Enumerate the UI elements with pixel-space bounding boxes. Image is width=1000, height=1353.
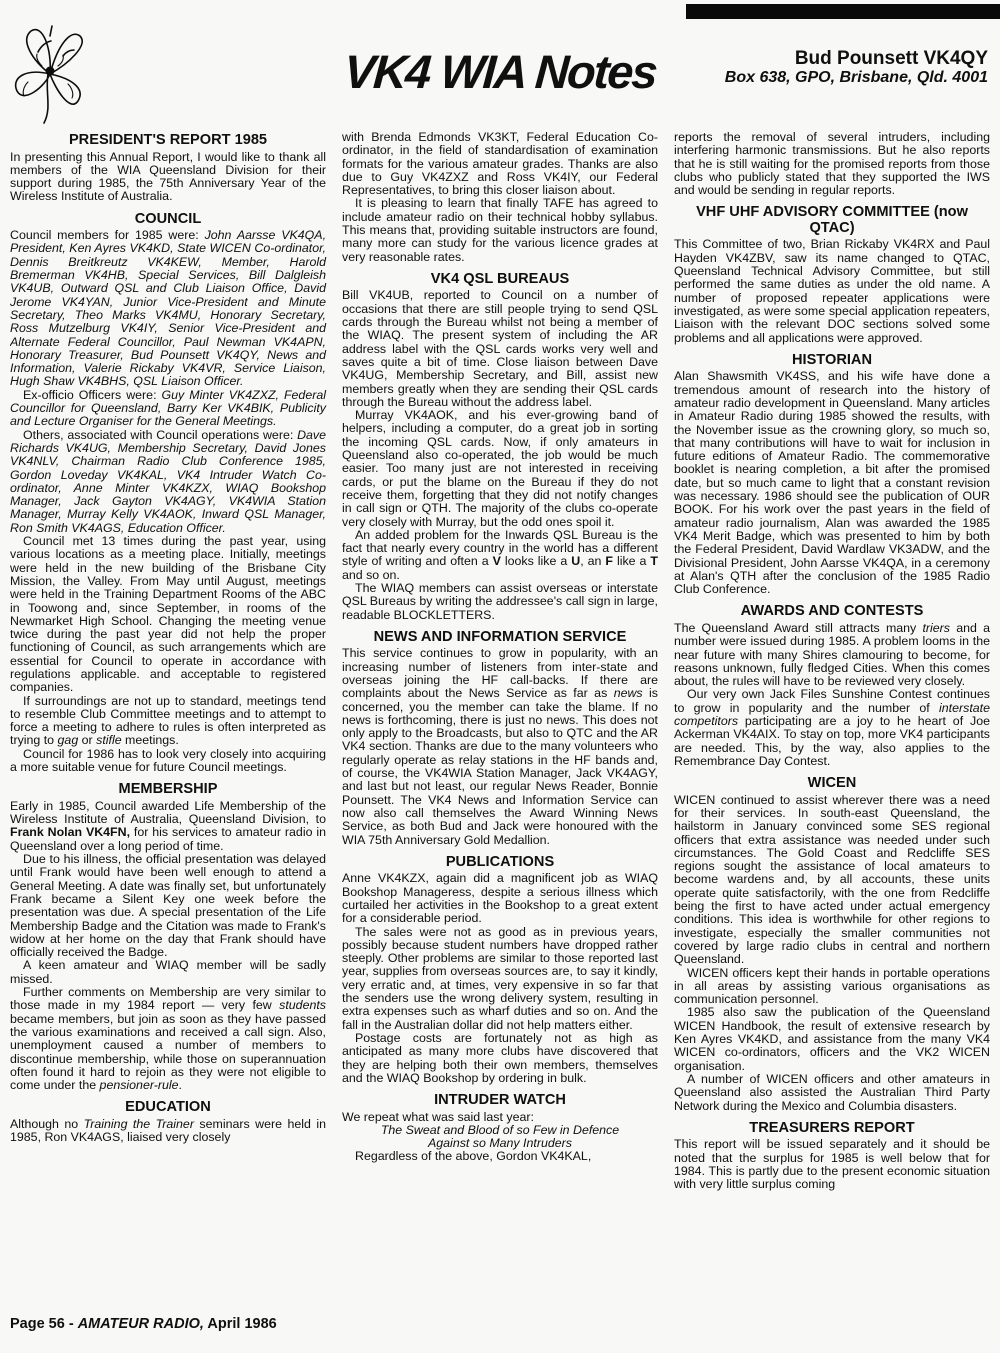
text-segment: looks like a — [501, 554, 571, 568]
paragraph: Further comments on Membership are very … — [10, 986, 326, 1092]
text-segment: Frank Nolan VK4FN, — [10, 825, 130, 839]
column-3: reports the removal of several intruders… — [674, 131, 990, 1303]
text-segment: gag — [58, 733, 79, 747]
section-heading: NEWS AND INFORMATION SERVICE — [342, 630, 658, 646]
paragraph: WICEN continued to assist wherever there… — [674, 794, 990, 967]
text-segment: students — [279, 998, 326, 1012]
text-segment: F — [605, 554, 613, 568]
text-segment: or — [78, 733, 96, 747]
paragraph: If surroundings are not up to standard, … — [10, 695, 326, 748]
paragraph: This service continues to grow in popula… — [342, 647, 658, 846]
text-segment: pensioner-rule — [100, 1078, 179, 1092]
quote-line: The Sweat and Blood of so Few in Defence — [342, 1124, 658, 1137]
paragraph: Alan Shawsmith VK4SS, and his wife have … — [674, 370, 990, 596]
paragraph: Postage costs are fortunately not as hig… — [342, 1032, 658, 1085]
text-segment: Page 56 - — [10, 1316, 78, 1332]
text-segment: T — [650, 554, 658, 568]
paragraph: This report will be issued separately an… — [674, 1138, 990, 1191]
section-heading: VK4 QSL BUREAUS — [342, 272, 658, 288]
text-segment: . — [179, 1078, 182, 1092]
column-1: PRESIDENT'S REPORT 1985In presenting thi… — [10, 131, 326, 1303]
paragraph: Regardless of the above, Gordon VK4KAL, — [342, 1150, 658, 1163]
text-segment: Against so Many Intruders — [428, 1136, 572, 1150]
section-heading: HISTORIAN — [674, 353, 990, 369]
paragraph: The sales were not as good as in previou… — [342, 926, 658, 1032]
section-heading: INTRUDER WATCH — [342, 1093, 658, 1109]
paragraph: Although no Training the Trainer seminar… — [10, 1118, 326, 1145]
paragraph: Anne VK4KZX, again did a magnificent job… — [342, 872, 658, 925]
text-segment: , an — [580, 554, 605, 568]
quote-line: Against so Many Intruders — [342, 1137, 658, 1150]
paragraph: A number of WICEN officers and other ama… — [674, 1073, 990, 1113]
text-segment: U — [571, 554, 580, 568]
paragraph: 1985 also saw the publication of the Que… — [674, 1006, 990, 1072]
paragraph: Murray VK4AOK, and his ever-growing band… — [342, 409, 658, 529]
text-segment: Although no — [10, 1117, 84, 1131]
section-heading: MEMBERSHIP — [10, 782, 326, 798]
paragraph: Council members for 1985 were: John Aars… — [10, 229, 326, 389]
paragraph: We repeat what was said last year: — [342, 1111, 658, 1124]
scan-artifact-bar — [686, 4, 1000, 19]
paragraph: Early in 1985, Council awarded Life Memb… — [10, 800, 326, 853]
paragraph: Our very own Jack Files Sunshine Contest… — [674, 688, 990, 768]
paragraph: It is pleasing to learn that finally TAF… — [342, 197, 658, 263]
text-segment: Council members for 1985 were: — [10, 228, 205, 242]
paragraph: Ex-officio Officers were: Guy Minter VK4… — [10, 389, 326, 429]
section-heading: COUNCIL — [10, 212, 326, 228]
section-heading: WICEN — [674, 776, 990, 792]
section-heading: EDUCATION — [10, 1100, 326, 1116]
page-header: VK4 WIA Notes Bud Pounsett VK4QY Box 638… — [0, 0, 1000, 128]
text-segment: This service continues to grow in popula… — [342, 646, 658, 700]
paragraph: Due to his illness, the official present… — [10, 853, 326, 959]
paragraph: Bill VK4UB, reported to Council on a num… — [342, 289, 658, 409]
section-heading: AWARDS AND CONTESTS — [674, 604, 990, 620]
text-segment: V — [493, 554, 501, 568]
section-heading: VHF UHF ADVISORY COMMITTEE (now QTAC) — [674, 205, 990, 236]
text-segment: is concerned, you the member can take th… — [342, 686, 658, 846]
byline-name: Bud Pounsett VK4QY — [725, 48, 988, 69]
text-segment: and so on. — [342, 568, 400, 582]
text-segment: The Queensland Award still attracts many — [674, 621, 922, 635]
byline: Bud Pounsett VK4QY Box 638, GPO, Brisban… — [725, 48, 988, 87]
paragraph: In presenting this Annual Report, I woul… — [10, 151, 326, 204]
paragraph: A keen amateur and WIAQ member will be s… — [10, 959, 326, 986]
text-segment: meetings. — [122, 733, 179, 747]
paragraph: WICEN officers kept their hands in porta… — [674, 967, 990, 1007]
text-segment: April 1986 — [204, 1316, 277, 1332]
section-heading: TREASURERS REPORT — [674, 1121, 990, 1137]
text-segment: John Aarsse VK4QA, President, Ken Ayres … — [10, 228, 326, 388]
paragraph: Others, associated with Council operatio… — [10, 429, 326, 535]
paragraph: This Committee of two, Brian Rickaby VK4… — [674, 238, 990, 344]
text-segment: Training the Trainer — [84, 1117, 194, 1131]
section-heading: PRESIDENT'S REPORT 1985 — [10, 133, 326, 149]
paragraph: The WIAQ members can assist overseas or … — [342, 582, 658, 622]
byline-address: Box 638, GPO, Brisbane, Qld. 4001 — [725, 69, 988, 87]
text-segment: The Sweat and Blood of so Few in Defence — [381, 1123, 619, 1137]
paragraph: reports the removal of several intruders… — [674, 131, 990, 197]
paragraph: Council met 13 times during the past yea… — [10, 535, 326, 695]
text-segment: stifle — [96, 733, 121, 747]
paragraph: The Queensland Award still attracts many… — [674, 622, 990, 688]
text-segment: AMATEUR RADIO, — [78, 1316, 204, 1332]
paragraph: with Brenda Edmonds VK3KT, Federal Educa… — [342, 131, 658, 197]
paragraph: Council for 1986 has to look very closel… — [10, 748, 326, 775]
text-segment: Dave Richards VK4UG, Membership Secretar… — [10, 428, 326, 535]
column-2: with Brenda Edmonds VK3KT, Federal Educa… — [342, 131, 658, 1303]
article-columns: PRESIDENT'S REPORT 1985In presenting thi… — [10, 131, 990, 1303]
text-segment: like a — [613, 554, 650, 568]
text-segment: Others, associated with Council operatio… — [23, 428, 297, 442]
section-heading: PUBLICATIONS — [342, 855, 658, 871]
magazine-page: VK4 WIA Notes Bud Pounsett VK4QY Box 638… — [0, 0, 1000, 1353]
text-segment: news — [614, 686, 643, 700]
text-segment: Ex-officio Officers were: — [23, 388, 162, 402]
paragraph: An added problem for the Inwards QSL Bur… — [342, 529, 658, 582]
page-footer: Page 56 - AMATEUR RADIO, April 1986 — [10, 1316, 277, 1332]
text-segment: Early in 1985, Council awarded Life Memb… — [10, 799, 326, 826]
text-segment: triers — [922, 621, 950, 635]
